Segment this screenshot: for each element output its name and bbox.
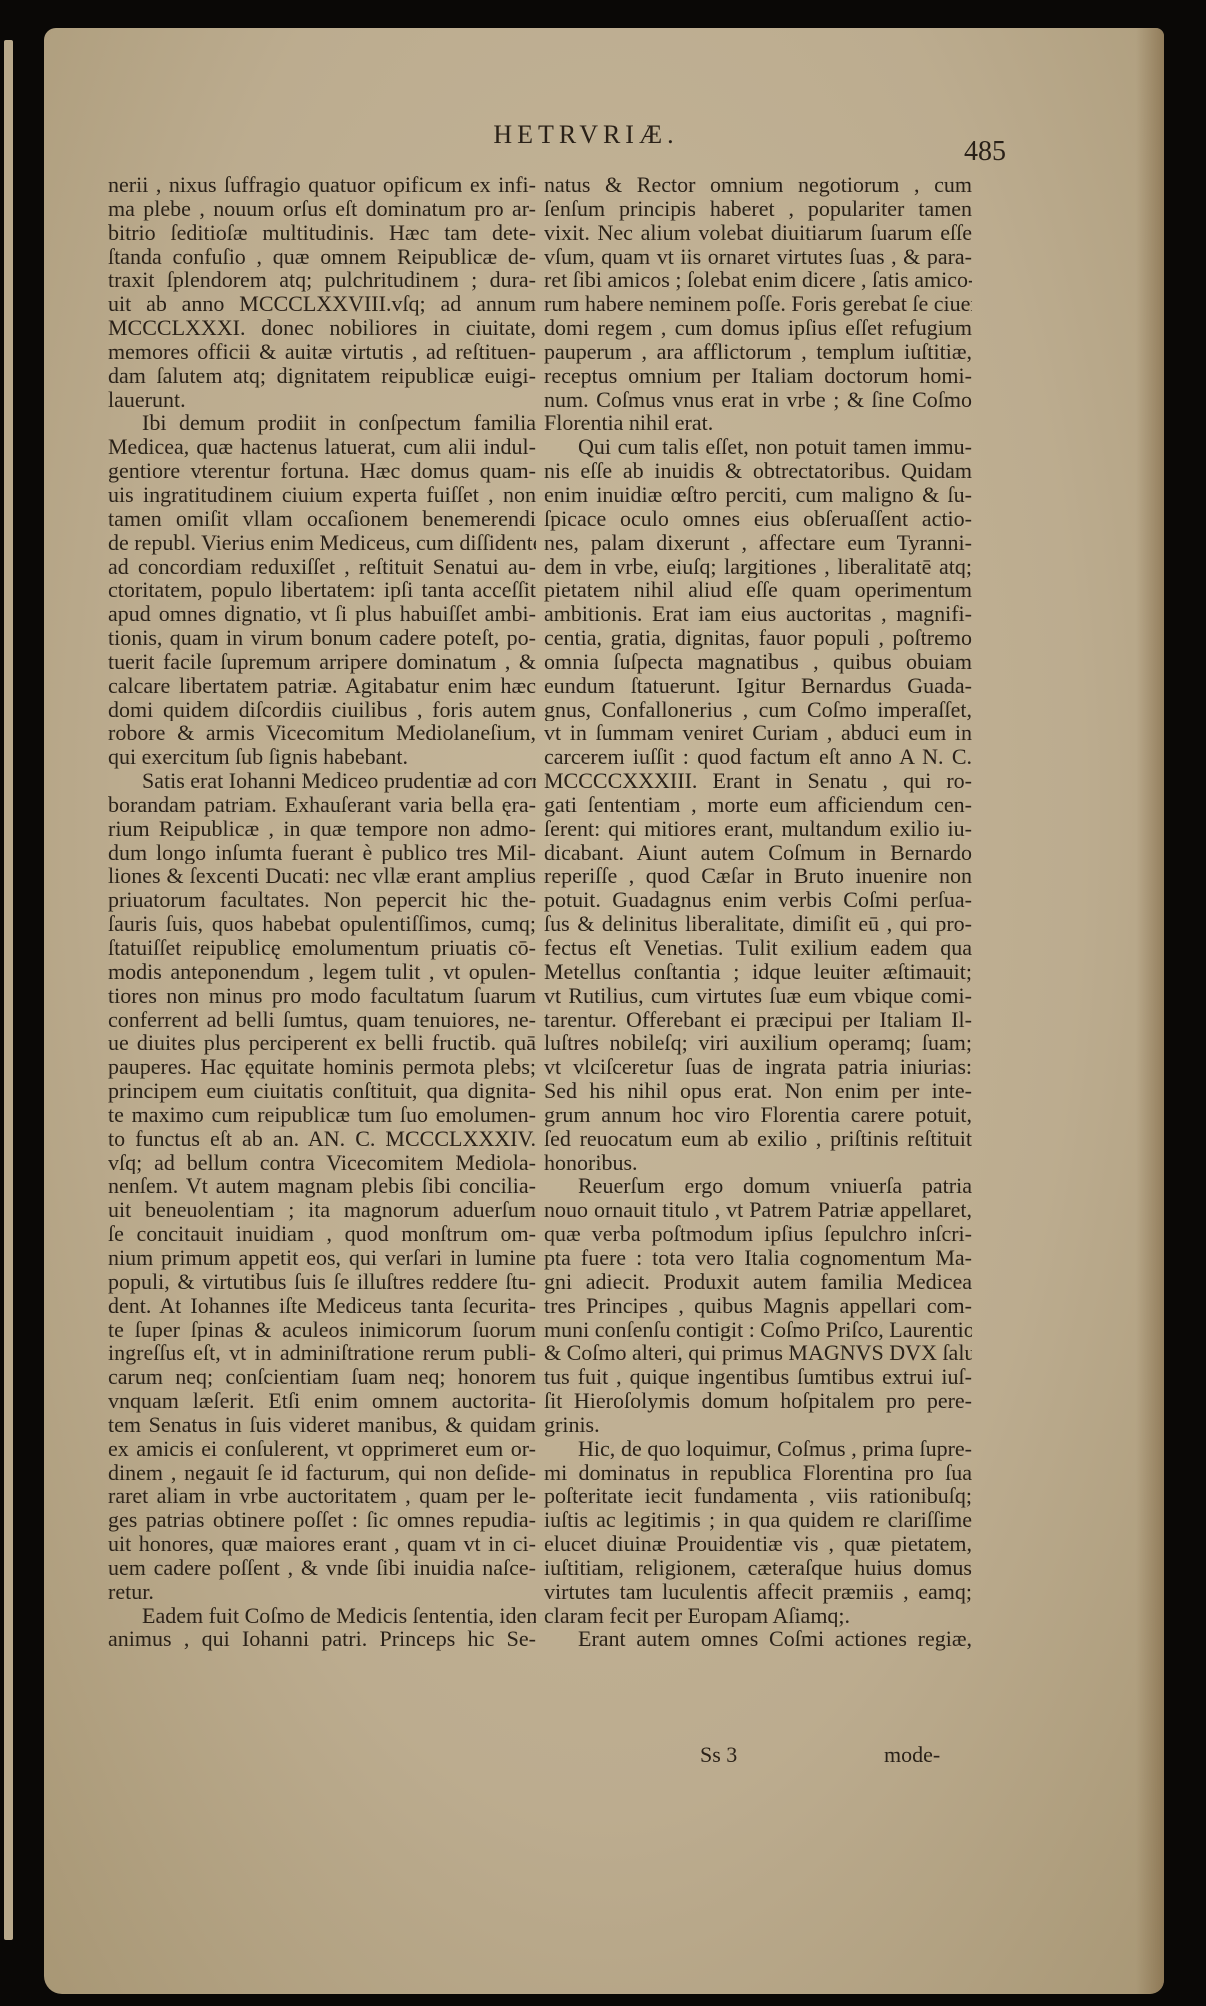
text-line: dem in vrbe, eiuſq; largitiones , libera… [544,555,972,579]
text-line: to functus eſt ab an. AN. C. MCCCLXXXIV. [108,1127,536,1151]
text-line: eundum ſtatuerunt. Igitur Bernardus Guad… [544,674,972,698]
text-line: enim inuidiæ œſtro perciti, cum maligno … [544,483,972,507]
text-line: Eadem fuit Coſmo de Medicis ſententia, i… [108,1604,536,1628]
text-line: ſenſum principis haberet , populariter t… [544,197,972,221]
text-line: centia, gratia, dignitas, fauor populi ,… [544,626,972,650]
text-line: nerii , nixus ſuffragio quatuor opificum… [108,173,536,197]
text-line: rium Reipublicæ , in quæ tempore non adm… [108,817,536,841]
text-line: ſed reuocatum eum ab exilio , priſtinis … [544,1127,972,1151]
text-line: nouo ornauit titulo , vt Patrem Patriæ a… [544,1198,972,1222]
text-line: Sed his nihil opus erat. Non enim per in… [544,1079,972,1103]
text-line: te maximo cum reipublicæ tum ſuo emolume… [108,1103,536,1127]
text-line: priuatorum facultates. Non pepercit hic … [108,888,536,912]
text-line: pta fuere : tota vero Italia cognomentum… [544,1246,972,1270]
text-line: dum longo inſumta fuerant è publico tres… [108,841,536,865]
right-text-column: natus & Rector omnium negotiorum , cumſe… [544,173,972,1651]
text-line: pauperum , ara afflictorum , templum iuſ… [544,340,972,364]
text-line: rum habere neminem poſſe. Foris gerebat … [544,292,972,316]
text-line: raret aliam in vrbe auctoritatem , quam … [108,1484,536,1508]
text-line: vſum, quam vt iis ornaret virtutes ſuas … [544,245,972,269]
text-line: fectus eſt Venetias. Tulit exilium eadem… [544,936,972,960]
text-line: virtutes tam luculentis affecit præmiis … [544,1580,972,1604]
text-line: tres Principes , quibus Magnis appellari… [544,1294,972,1318]
text-line: ue diuites plus perciperent ex belli fru… [108,1031,536,1055]
text-line: bitrio ſeditioſæ multitudinis. Hæc tam d… [108,221,536,245]
text-line: ma plebe , nouum orſus eſt dominatum pro… [108,197,536,221]
text-line: receptus omnium per Italiam doctorum hom… [544,364,972,388]
text-line: Medicea, quæ hactenus latuerat, cum alii… [108,435,536,459]
signature-mark: Ss 3 [700,1742,737,1768]
text-line: MCCCLXXXI. donec nobiliores in ciuitate, [108,316,536,340]
text-line: dent. At Iohannes iſte Mediceus tanta ſe… [108,1294,536,1318]
text-line: grum annum hoc viro Florentia carere pot… [544,1103,972,1127]
text-line: qui exercitum ſub ſignis habebant. [108,745,536,769]
text-line: populi, & virtutibus ſuis ſe illuſtres r… [108,1270,536,1294]
adjacent-page-edge [4,40,13,1940]
text-line: ſtanda confuſio , quæ omnem Reipublicæ d… [108,245,536,269]
text-line: gentiore vterentur fortuna. Hæc domus qu… [108,459,536,483]
text-line: reperiſſe , quod Cæſar in Bruto inuenire… [544,864,972,888]
text-line: pietatem nihil aliud eſſe quam operiment… [544,578,972,602]
left-text-column: nerii , nixus ſuffragio quatuor opificum… [108,173,536,1651]
text-line: Erant autem omnes Coſmi actiones regiæ, [544,1627,972,1651]
text-line: domi quidem diſcordiis ciuilibus , foris… [108,698,536,722]
text-line: ad concordiam reduxiſſet , reſtituit Sen… [108,555,536,579]
text-line: vixit. Nec alium volebat diuitiarum ſuar… [544,221,972,245]
catchword: mode- [884,1742,940,1768]
text-line: tus fuit , quique ingentibus ſumtibus ex… [544,1365,972,1389]
text-line: tem Senatus in ſuis videret manibus, & q… [108,1413,536,1437]
text-line: borandam patriam. Exhauſerant varia bell… [108,793,536,817]
text-line: ambitionis. Erat iam eius auctoritas , m… [544,602,972,626]
text-line: tiores non minus pro modo facultatum ſua… [108,984,536,1008]
text-line: & Coſmo alteri, qui primus MAGNVS DVX ſa… [544,1341,972,1365]
text-line: Florentia nihil erat. [544,411,972,435]
text-line: ſauris ſuis, quos habebat opulentiſſimos… [108,912,536,936]
text-line: iuſtitiam, religionem, cæteraſque huius … [544,1556,972,1580]
text-line: calcare libertatem patriæ. Agitabatur en… [108,674,536,698]
text-line: te ſuper ſpinas & aculeos inimicorum ſuo… [108,1318,536,1342]
text-line: vnquam læſerit. Etſi enim omnem auctorit… [108,1389,536,1413]
text-line: traxit ſplendorem atq; pulchritudinem ; … [108,268,536,292]
text-line: nis eſſe ab inuidis & obtrectatoribus. Q… [544,459,972,483]
text-line: animus , qui Iohanni patri. Princeps hic… [108,1627,536,1651]
text-line: lauerunt. [108,388,536,412]
text-line: conferrent ad belli ſumtus, quam tenuior… [108,1008,536,1032]
text-line: dam ſalutem atq; dignitatem reipublicæ e… [108,364,536,388]
text-line: uit ab anno MCCCLXXVIII.vſq; ad annum [108,292,536,316]
text-line: MCCCCXXXIII. Erant in Senatu , qui ro- [544,769,972,793]
text-line: uis ingratitudinem ciuium experta fuiſſe… [108,483,536,507]
text-line: grinis. [544,1413,972,1437]
text-line: luſtres nobileſq; viri auxilium operamq;… [544,1031,972,1055]
text-line: ingreſſus eſt, vt in adminiſtratione rer… [108,1341,536,1365]
text-line: ſus & delinitus liberalitate, dimiſit eū… [544,912,972,936]
text-line: ſerent: qui mitiores erant, multandum ex… [544,817,972,841]
text-line: uit honores, quæ maiores erant , quam vt… [108,1532,536,1556]
text-line: Metellus conſtantia ; idque leuiter æſti… [544,960,972,984]
text-line: principem eum ciuitatis conſtituit, qua … [108,1079,536,1103]
text-line: de republ. Vierius enim Mediceus, cum di… [108,531,536,555]
text-line: ret ſibi amicos ; ſolebat enim dicere , … [544,268,972,292]
text-line: ſtatuiſſet reipublicę emolumentum priuat… [108,936,536,960]
text-line: elucet diuinæ Prouidentiæ vis , quæ piet… [544,1532,972,1556]
text-line: dinem , negauit ſe id facturum, qui non … [108,1461,536,1485]
text-line: num. Coſmus vnus erat in vrbe ; & ſine C… [544,388,972,412]
text-line: carcerem iuſſit : quod factum eſt anno A… [544,745,972,769]
text-line: ſe concitauit inuidiam , quod monſtrum o… [108,1222,536,1246]
text-line: iuſtis ac legitimis ; in qua quidem re c… [544,1508,972,1532]
text-line: nium primum appetit eos, qui verſari in … [108,1246,536,1270]
text-line: nenſem. Vt autem magnam plebis ſibi conc… [108,1174,536,1198]
text-line: muni conſenſu contigit : Coſmo Priſco, L… [544,1318,972,1342]
text-line: tionis, quam in virum bonum cadere poteſ… [108,626,536,650]
text-line: ſpicace oculo omnes eius obſeruaſſent ac… [544,507,972,531]
text-line: claram fecit per Europam Aſiamq;. [544,1604,972,1628]
text-line: vſq; ad bellum contra Vicecomitem Mediol… [108,1151,536,1175]
text-line: Hic, de quo loquimur, Coſmus , prima ſup… [544,1437,972,1461]
text-line: quæ verba poſtmodum ipſius ſepulchro inſ… [544,1222,972,1246]
text-line: vt vlciſceretur ſuas de ingrata patria i… [544,1055,972,1079]
text-line: potuit. Guadagnus enim verbis Coſmi perſ… [544,888,972,912]
text-line: tarentur. Offerebant ei præcipui per Ita… [544,1008,972,1032]
text-line: ctoritatem, populo libertatem: ipſi tant… [108,578,536,602]
text-line: uit beneuolentiam ; ita magnorum aduerſu… [108,1198,536,1222]
text-line: vt in ſummam veniret Curiam , abduci eum… [544,721,972,745]
text-line: carum neq; conſcientiam ſuam neq; honore… [108,1365,536,1389]
text-line: natus & Rector omnium negotiorum , cum [544,173,972,197]
text-line: retur. [108,1580,536,1604]
text-line: dicabant. Aiunt autem Coſmum in Bernardo [544,841,972,865]
text-line: modis anteponendum , legem tulit , vt op… [108,960,536,984]
text-line: ſit Hieroſolymis domum hoſpitalem pro pe… [544,1389,972,1413]
text-line: tamen omiſit vllam occaſionem benemerend… [108,507,536,531]
text-line: honoribus. [544,1151,972,1175]
book-page: HETRVRIÆ. 485 nerii , nixus ſuffragio qu… [44,28,1164,1994]
text-line: Qui cum talis eſſet, non potuit tamen im… [544,435,972,459]
running-head: HETRVRIÆ. [436,120,736,150]
text-line: ges patrias obtinere poſſet : ſic omnes … [108,1508,536,1532]
text-line: nes, palam dixerunt , affectare eum Tyra… [544,531,972,555]
text-line: Reuerſum ergo domum vniuerſa patria [544,1174,972,1198]
text-line: Satis erat Iohanni Mediceo prudentiæ ad … [108,769,536,793]
text-line: memores officii & auitæ virtutis , ad re… [108,340,536,364]
text-line: gni adiecit. Produxit autem familia Medi… [544,1270,972,1294]
text-line: omnia ſuſpecta magnatibus , quibus obuia… [544,650,972,674]
text-line: poſteritate iecit fundamenta , viis rati… [544,1484,972,1508]
text-line: vt Rutilius, cum virtutes ſuæ eum vbique… [544,984,972,1008]
text-line: domi regem , cum domus ipſius eſſet refu… [544,316,972,340]
text-line: robore & armis Vicecomitum Mediolaneſium… [108,721,536,745]
text-line: gati ſententiam , morte eum afficiendum … [544,793,972,817]
text-line: ex amicis ei conſulerent, vt opprimeret … [108,1437,536,1461]
text-line: liones & ſexcenti Ducati: nec vllæ erant… [108,864,536,888]
text-line: gnus, Confallonerius , cum Coſmo imperaſ… [544,698,972,722]
text-line: uem cadere poſſent , & vnde ſibi inuidia… [108,1556,536,1580]
text-line: mi dominatus in republica Florentina pro… [544,1461,972,1485]
text-line: pauperes. Hac ęquitate hominis permota p… [108,1055,536,1079]
text-line: apud omnes dignatio, vt ſi plus habuiſſe… [108,602,536,626]
text-line: tuerit facile ſupremum arripere dominatu… [108,650,536,674]
page-fore-edge-shadow [1136,28,1164,1994]
text-line: Ibi demum prodiit in conſpectum familia [108,411,536,435]
page-number: 485 [964,136,1006,168]
